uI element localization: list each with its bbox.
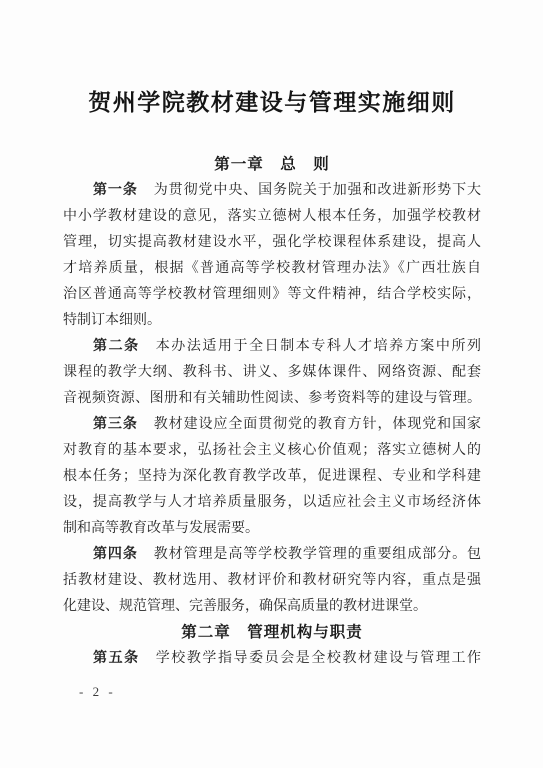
chapter-heading: 第一章 总 则 <box>63 152 481 178</box>
text-line: 第三条教材建设应全面贯彻党的教育方针，体现党和国家 <box>63 412 481 438</box>
document-page: 贺州学院教材建设与管理实施细则 第一章 总 则 第一条为贯彻党中央、国务院关于加… <box>0 0 543 768</box>
text-line: 根本任务；坚持为深化教育教学改革，促进课程、专业和学科建 <box>63 464 481 490</box>
document-body: 第一章 总 则 第一条为贯彻党中央、国务院关于加强和改进新形势下大 中小学教材建… <box>63 152 481 672</box>
text-line: 治区普通高等学校教材管理细则》等文件精神，结合学校实际， <box>63 282 481 308</box>
article-number: 第一条 <box>93 183 138 198</box>
chapter-heading: 第二章 管理机构与职责 <box>63 620 481 646</box>
line-text: 本办法适用于全日制本专科人才培养方案中所列 <box>156 339 481 354</box>
text-line: 才培养质量，根据《普通高等学校教材管理办法》《广西壮族自 <box>63 256 481 282</box>
text-line: 第一条为贯彻党中央、国务院关于加强和改进新形势下大 <box>63 178 481 204</box>
article-number: 第四条 <box>93 547 138 562</box>
text-line: 第五条学校教学指导委员会是全校教材建设与管理工作 <box>63 646 481 672</box>
line-text: 为贯彻党中央、国务院关于加强和改进新形势下大 <box>154 183 481 198</box>
text-line: 特制订本细则。 <box>63 308 481 334</box>
text-line: 第四条教材管理是高等学校教学管理的重要组成部分。包 <box>63 542 481 568</box>
article-number: 第五条 <box>93 651 140 666</box>
text-line: 化建设、规范管理、完善服务，确保高质量的教材进课堂。 <box>63 594 481 620</box>
line-text: 学校教学指导委员会是全校教材建设与管理工作 <box>156 651 481 666</box>
article-number: 第三条 <box>93 417 138 432</box>
line-text: 教材管理是高等学校教学管理的重要组成部分。包 <box>154 547 481 562</box>
page-number: - 2 - <box>79 684 116 700</box>
line-text: 教材建设应全面贯彻党的教育方针，体现党和国家 <box>154 417 481 432</box>
text-line: 括教材建设、教材选用、教材评价和教材研究等内容，重点是强 <box>63 568 481 594</box>
article-number: 第二条 <box>93 339 140 354</box>
document-title: 贺州学院教材建设与管理实施细则 <box>63 88 481 118</box>
text-line: 制和高等教育改革与发展需要。 <box>63 516 481 542</box>
text-line: 音视频资源、图册和有关辅助性阅读、参考资料等的建设与管理。 <box>63 386 481 412</box>
text-line: 设，提高教学与人才培养质量服务，以适应社会主义市场经济体 <box>63 490 481 516</box>
text-line: 中小学教材建设的意见，落实立德树人根本任务，加强学校教材 <box>63 204 481 230</box>
text-line: 对教育的基本要求，弘扬社会主义核心价值观；落实立德树人的 <box>63 438 481 464</box>
text-line: 管理，切实提高教材建设水平，强化学校课程体系建设，提高人 <box>63 230 481 256</box>
text-line: 第二条本办法适用于全日制本专科人才培养方案中所列 <box>63 334 481 360</box>
text-line: 课程的教学大纲、教科书、讲义、多媒体课件、网络资源、配套 <box>63 360 481 386</box>
